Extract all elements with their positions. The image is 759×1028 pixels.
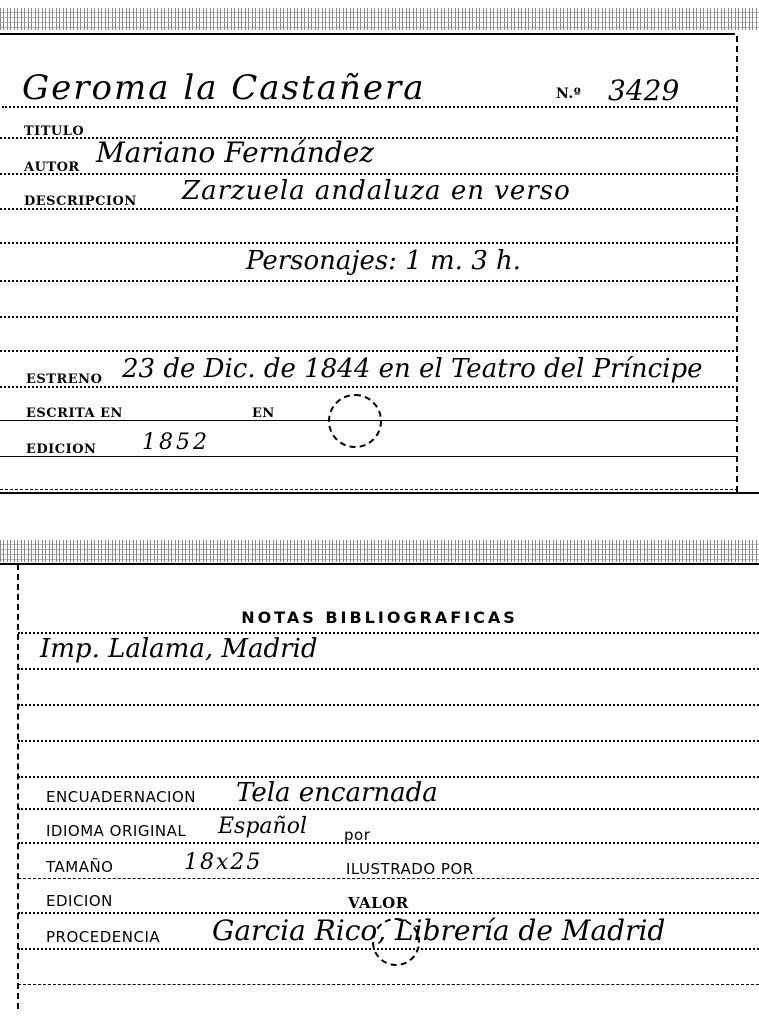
idioma-original-label: IDIOMA ORIGINAL bbox=[46, 822, 186, 840]
rule-encuadernacion bbox=[18, 808, 759, 810]
personajes-value: Personajes: 1 m. 3 h. bbox=[246, 246, 521, 276]
card-right-border bbox=[734, 36, 738, 492]
rule-personajes bbox=[0, 280, 738, 282]
edicion-back-label: EDICION bbox=[46, 892, 113, 910]
punch-hole-mark-back bbox=[372, 918, 420, 966]
rule-title bbox=[2, 106, 738, 108]
work-title-handwritten: Geroma la Castañera bbox=[22, 68, 425, 108]
edicion-value: 1852 bbox=[142, 430, 210, 455]
rule-procedencia bbox=[18, 948, 759, 950]
tamano-value: 18x25 bbox=[184, 850, 262, 875]
descripcion-value: Zarzuela andaluza en verso bbox=[182, 176, 571, 206]
rule-blank-2 bbox=[0, 316, 738, 318]
rule-estreno bbox=[0, 386, 738, 388]
tamano-label: TAMAÑO bbox=[46, 858, 114, 876]
encuadernacion-value: Tela encarnada bbox=[236, 778, 438, 808]
edicion-label: EDICION bbox=[26, 442, 96, 457]
descripcion-label: DESCRIPCION bbox=[24, 194, 137, 209]
notes-value: Imp. Lalama, Madrid bbox=[40, 634, 318, 664]
rule-autor bbox=[0, 173, 738, 175]
card-left-border bbox=[17, 564, 19, 1009]
punch-hole-mark bbox=[328, 394, 382, 448]
procedencia-value: Garcia Rico, Librería de Madrid bbox=[212, 914, 665, 947]
rule-descripcion bbox=[0, 208, 738, 210]
estreno-value: 23 de Dic. de 1844 en el Teatro del Prín… bbox=[122, 354, 703, 384]
en-label: EN bbox=[252, 406, 275, 421]
valor-label: VALOR bbox=[348, 894, 409, 912]
catalog-card-back: NOTAS BIBLIOGRAFICAS Imp. Lalama, Madrid… bbox=[0, 564, 759, 1028]
card-front-top-border bbox=[0, 33, 735, 35]
rule-blank-3 bbox=[0, 350, 738, 352]
number-label: N.º bbox=[556, 86, 581, 102]
rule-notes-2 bbox=[18, 668, 759, 670]
rule-edicion bbox=[0, 456, 738, 457]
catalog-card-front: Geroma la Castañera N.º 3429 TITULO AUTO… bbox=[0, 36, 738, 492]
rule-escrita bbox=[0, 420, 738, 421]
rule-idioma bbox=[18, 842, 759, 844]
scan-edge-middle bbox=[0, 540, 759, 562]
encuadernacion-label: ENCUADERNACION bbox=[46, 788, 196, 806]
rule-tamano bbox=[18, 878, 759, 879]
escrita-en-label: ESCRITA EN bbox=[26, 406, 123, 421]
rule-blank-1 bbox=[0, 242, 738, 244]
ilustrado-por-label: ILUSTRADO POR bbox=[346, 860, 474, 878]
notas-bibliograficas-heading: NOTAS BIBLIOGRAFICAS bbox=[0, 608, 759, 627]
procedencia-label: PROCEDENCIA bbox=[46, 928, 160, 946]
card-divider bbox=[0, 492, 759, 494]
rule-notes-4 bbox=[18, 740, 759, 742]
rule-notes-3 bbox=[18, 704, 759, 706]
rule-bottom bbox=[0, 489, 738, 490]
rule-bottom-back bbox=[18, 984, 759, 985]
catalog-number-handwritten: 3429 bbox=[608, 74, 679, 107]
estreno-label: ESTRENO bbox=[26, 372, 102, 387]
idioma-original-value: Español bbox=[218, 814, 307, 839]
autor-value: Mariano Fernández bbox=[96, 136, 374, 169]
scan-edge-top bbox=[0, 8, 759, 30]
